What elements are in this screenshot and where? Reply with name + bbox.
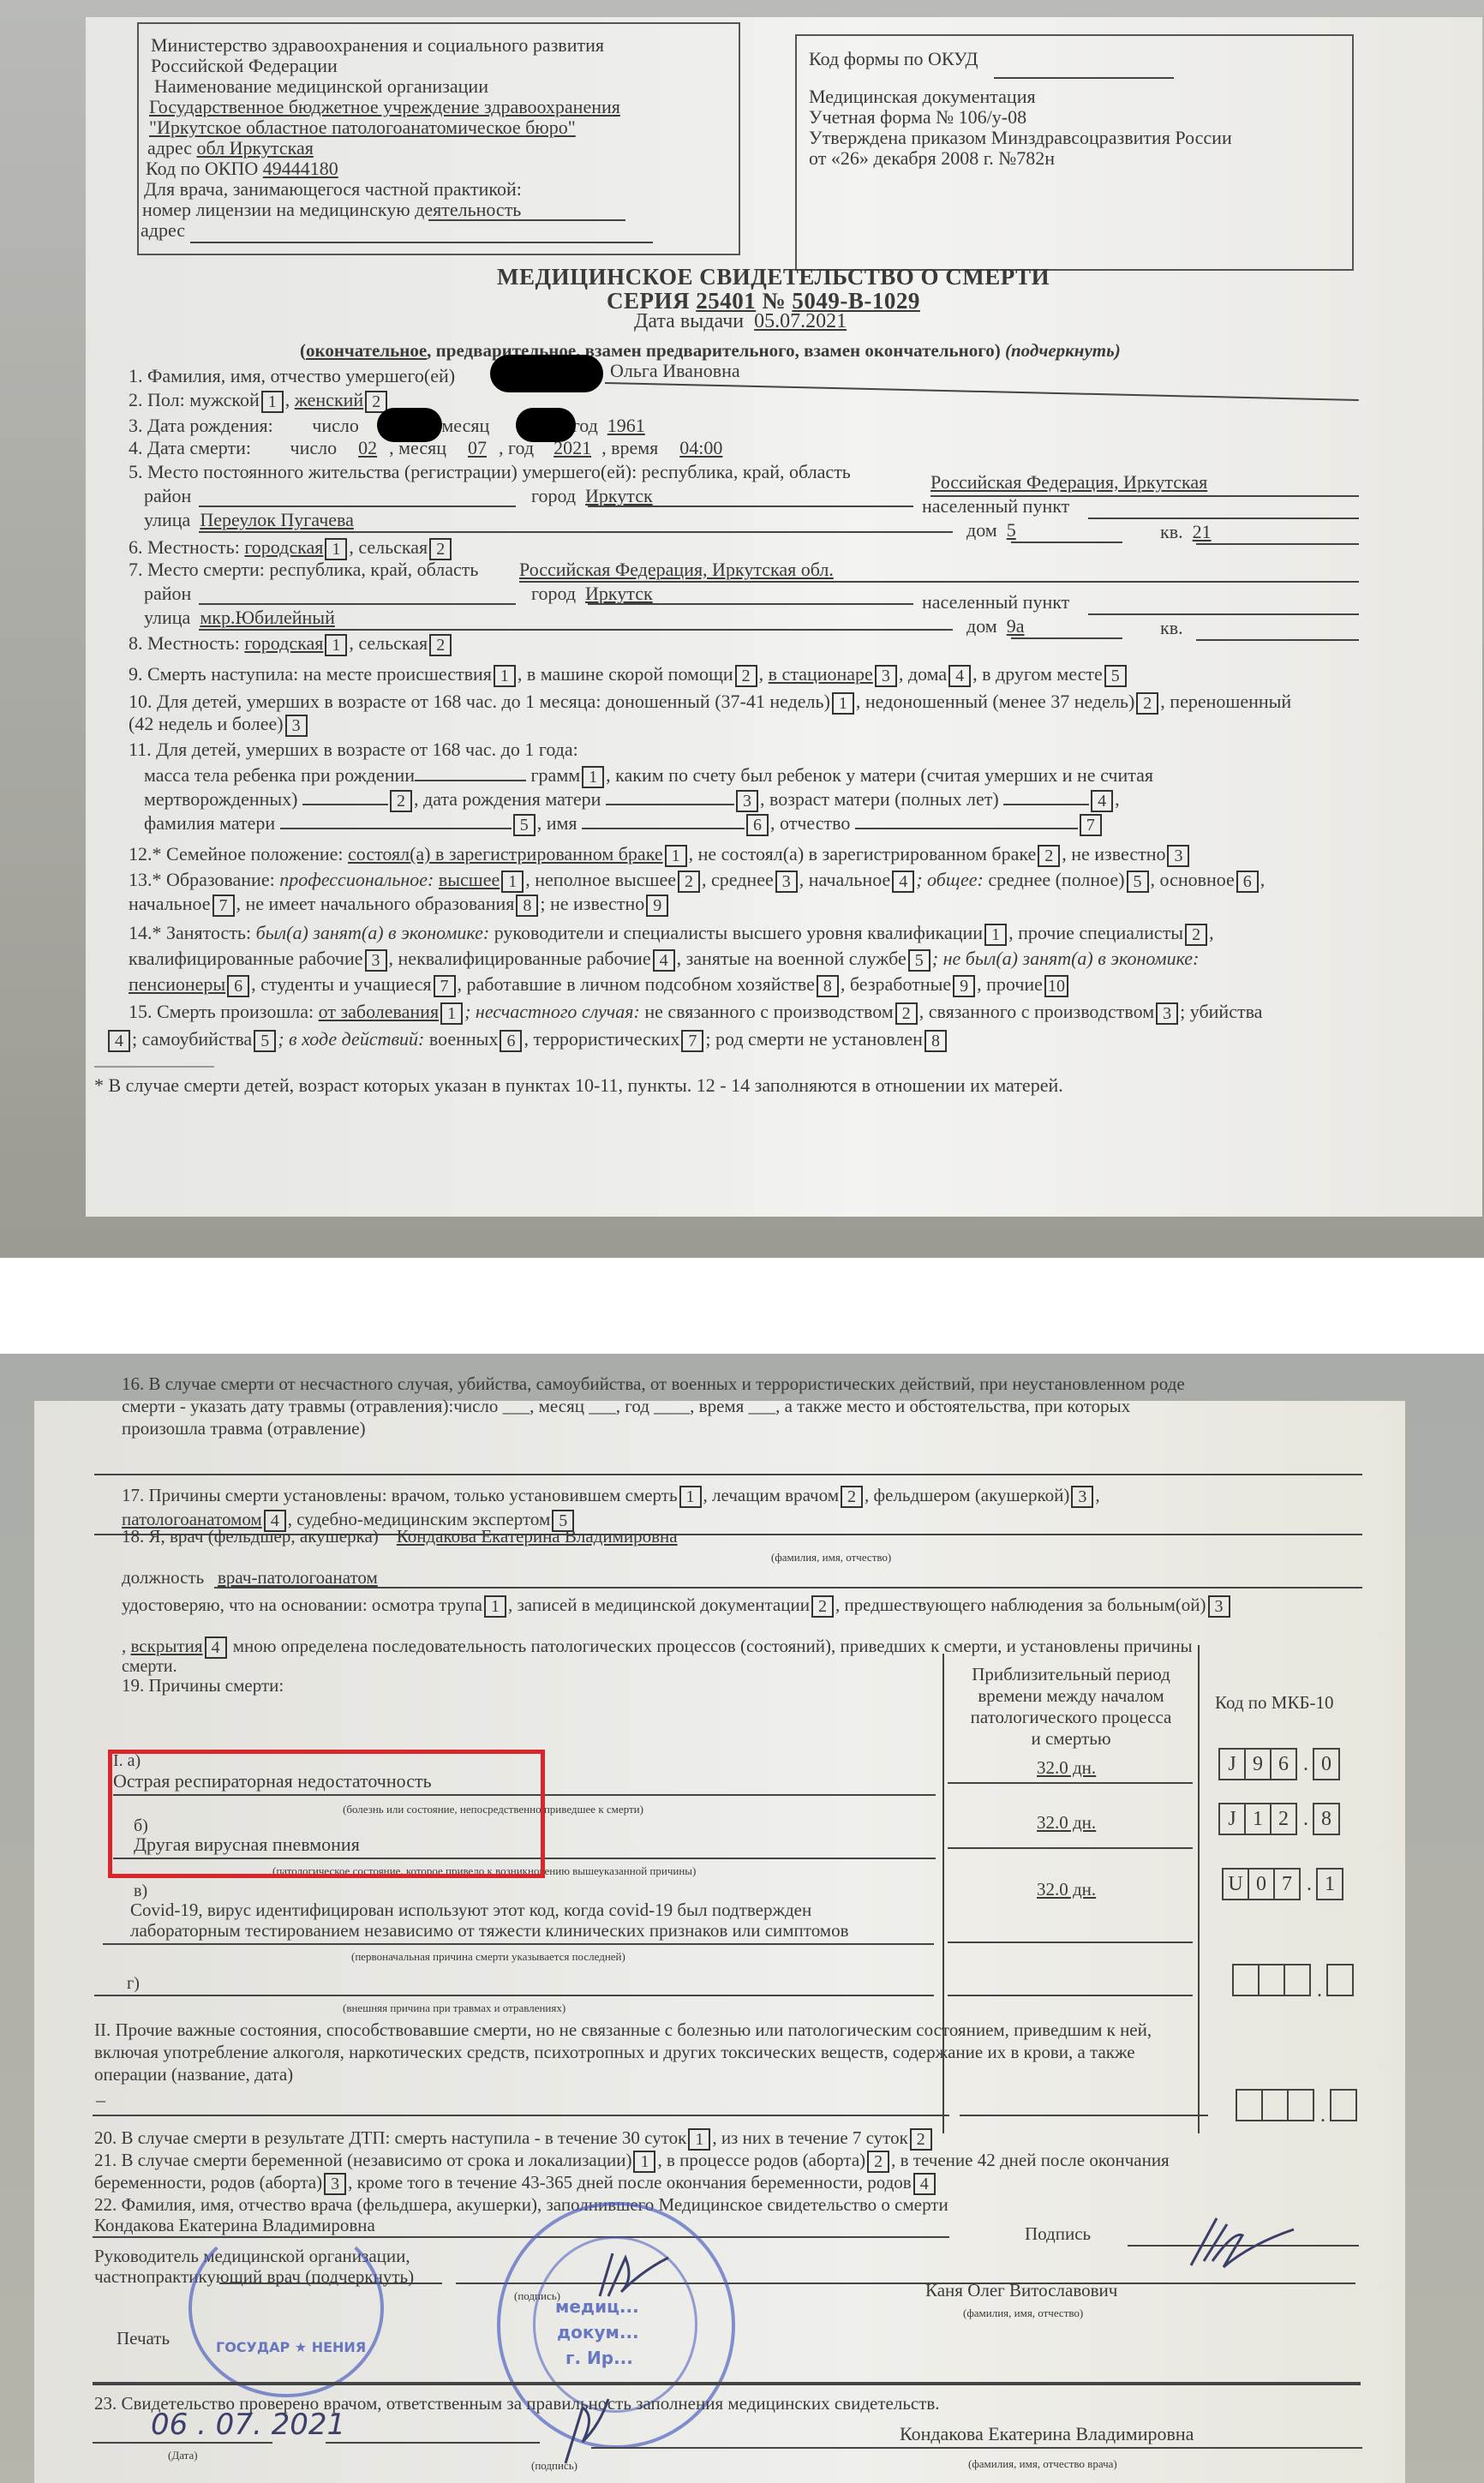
doctor-hint: (фамилия, имя, отчество врача) bbox=[968, 2457, 1117, 2470]
certificate-type: (окончательное, предварительное, взамен … bbox=[300, 339, 1121, 362]
checkbox-21-2[interactable]: 2 bbox=[867, 2151, 889, 2173]
field-7-district-label: район bbox=[144, 583, 191, 605]
checkbox-15-4[interactable]: 4 bbox=[108, 1030, 130, 1052]
check-date: 06 . 07. 2021 bbox=[151, 2408, 345, 2442]
field-7-apt: кв. bbox=[1160, 617, 1183, 639]
cause-a-icd: J96.0 bbox=[1220, 1748, 1340, 1780]
field-22: 22. Фамилия, имя, отчество врача (фельдш… bbox=[94, 2193, 948, 2216]
checkbox-urban-8[interactable]: 1 bbox=[325, 634, 347, 656]
autopsy-line: , вскрытия4 мною определена последовател… bbox=[122, 1635, 1193, 1659]
stamp-right-line3: г. Ир... bbox=[565, 2348, 633, 2368]
field-5-district-label: район bbox=[144, 485, 191, 507]
field-21-row2: беременности, родов (аборта)3, кроме тог… bbox=[94, 2171, 937, 2195]
checkbox-11-7[interactable]: 7 bbox=[1080, 814, 1102, 836]
certificate-title: МЕДИЦИНСКОЕ СВИДЕТЕЛЬСТВО О СМЕРТИ bbox=[497, 266, 1050, 288]
cause-c-hint: (первоначальная причина смерти указывает… bbox=[351, 1950, 625, 1963]
checkbox-13-9[interactable]: 9 bbox=[646, 894, 668, 917]
cause-a-period: 32.0 дн. bbox=[1037, 1756, 1096, 1779]
page-separator bbox=[0, 1258, 1484, 1354]
checkbox-13-2[interactable]: 2 bbox=[678, 871, 700, 893]
checkbox-cert-2[interactable]: 2 bbox=[811, 1595, 834, 1618]
form-number: Учетная форма № 106/у-08 bbox=[809, 106, 1026, 129]
private-practice-label: Для врача, занимающегося частной практик… bbox=[144, 178, 522, 200]
checkbox-13-7[interactable]: 7 bbox=[212, 894, 235, 917]
checkbox-9-2[interactable]: 2 bbox=[735, 665, 757, 687]
field-11-row1: масса тела ребенка при рождении грамм1, … bbox=[144, 764, 1153, 788]
checkbox-11-4[interactable]: 4 bbox=[1091, 790, 1113, 812]
field-17: 17. Причины смерти установлены: врачом, … bbox=[122, 1484, 1100, 1508]
field-5-settlement-label: населенный пункт bbox=[922, 495, 1069, 518]
checkbox-rural-8[interactable]: 2 bbox=[429, 634, 452, 656]
head-signature-icon bbox=[583, 2245, 677, 2305]
checkbox-13-5[interactable]: 5 bbox=[1127, 871, 1149, 893]
field-11-label: 11. Для детей, умерших в возрасте от 168… bbox=[129, 739, 578, 761]
checkbox-13-3[interactable]: 3 bbox=[775, 871, 798, 893]
field-14-employment: 14.* Занятость: был(а) занят(а) в эконом… bbox=[129, 922, 1214, 946]
head-fio-hint: (фамилия, имя, отчество) bbox=[963, 2306, 1083, 2319]
field-19-label: 19. Причины смерти: bbox=[122, 1674, 284, 1696]
checkbox-15-1[interactable]: 1 bbox=[440, 1002, 463, 1025]
checkbox-21-1[interactable]: 1 bbox=[633, 2151, 655, 2173]
field-20: 20. В случае смерти в результате ДТП: см… bbox=[94, 2127, 934, 2151]
part2-line1: II. Прочие важные состояния, способствов… bbox=[94, 2019, 1152, 2041]
checkbox-17-3[interactable]: 3 bbox=[1071, 1486, 1093, 1508]
field-14-employment-row3: пенсионеры6, студенты и учащиеся7, работ… bbox=[129, 973, 1070, 997]
checkbox-9-4[interactable]: 4 bbox=[948, 665, 971, 687]
doc-type: Медицинская документация bbox=[809, 86, 1036, 108]
page2-photo: 16. В случае смерти от несчастного случа… bbox=[0, 1354, 1484, 2483]
part2-line2: включая употребление алкоголя, наркотиче… bbox=[94, 2041, 1135, 2063]
field-7-label: 7. Место смерти: республика, край, облас… bbox=[129, 559, 478, 581]
checkbox-14-9[interactable]: 9 bbox=[953, 975, 975, 997]
field-13-education: 13.* Образование: профессиональное: высш… bbox=[129, 869, 1265, 893]
checkbox-15-6[interactable]: 6 bbox=[500, 1030, 522, 1052]
cause-c-icd: U07.1 bbox=[1224, 1868, 1343, 1900]
cause-c-text2: лабораторным тестированием независимо от… bbox=[130, 1919, 849, 1942]
license-label: номер лицензии на медицинскую деятельнос… bbox=[142, 199, 521, 221]
field-10b: (42 недель и более)3 bbox=[129, 713, 309, 737]
field-5-street: улица Переулок Пугачева bbox=[144, 509, 354, 531]
cause-d-hint: (внешняя причина при травмах и отравлени… bbox=[343, 2001, 565, 2014]
checkbox-12-3[interactable]: 3 bbox=[1167, 845, 1189, 867]
checkbox-11-2[interactable]: 2 bbox=[390, 790, 412, 812]
field-14-employment-row2: квалифицированные рабочие3, неквалифицир… bbox=[129, 948, 1199, 972]
redaction-surname bbox=[490, 355, 603, 392]
ministry-line2: Российской Федерации bbox=[151, 55, 338, 77]
checkbox-11-3[interactable]: 3 bbox=[736, 790, 758, 812]
org-name-line1: Государственное бюджетное учреждение здр… bbox=[149, 96, 620, 118]
checkbox-14-10[interactable]: 10 bbox=[1044, 975, 1068, 997]
checkbox-11-1[interactable]: 1 bbox=[582, 766, 604, 788]
footnote: * В случае смерти детей, возраст которых… bbox=[94, 1074, 1063, 1097]
field-7-city: город Иркутск bbox=[531, 583, 653, 605]
checkbox-14-2[interactable]: 2 bbox=[1185, 924, 1207, 946]
cause-c-text: Covid-19, вирус идентифицирован использу… bbox=[130, 1899, 811, 1921]
field-5-city: город Иркутск bbox=[531, 485, 653, 507]
stamp-label: Печать bbox=[117, 2327, 170, 2349]
field-5-apt: кв. 21 bbox=[1160, 521, 1212, 543]
fio-hint: (фамилия, имя, отчество) bbox=[771, 1551, 891, 1564]
field-1-label: 1. Фамилия, имя, отчество умершего(ей) bbox=[129, 365, 455, 387]
checkbox-10-3[interactable]: 3 bbox=[285, 715, 308, 737]
field-15-death-kind: 15. Смерть произошла: от заболевания1; н… bbox=[129, 1001, 1262, 1025]
date-hint: (Дата) bbox=[168, 2449, 198, 2462]
stamp-right-line2: докум... bbox=[557, 2322, 639, 2342]
checkbox-14-5[interactable]: 5 bbox=[908, 949, 930, 972]
field-11-row2: мертворожденных) 2, дата рождения матери… bbox=[144, 788, 1120, 812]
org-name-line2: "Иркутское областное патологоанатомическ… bbox=[149, 117, 576, 139]
icd-header: Код по МКБ-10 bbox=[1215, 1691, 1334, 1714]
checkbox-15-5[interactable]: 5 bbox=[254, 1030, 276, 1052]
field-10: 10. Для детей, умерших в возрасте от 168… bbox=[129, 691, 1291, 715]
checkbox-rural[interactable]: 2 bbox=[429, 538, 452, 560]
checkbox-10-1[interactable]: 1 bbox=[832, 692, 854, 715]
cause-b-period: 32.0 дн. bbox=[1037, 1811, 1096, 1834]
checkbox-9-5[interactable]: 5 bbox=[1104, 665, 1127, 687]
checkbox-17-1[interactable]: 1 bbox=[679, 1486, 702, 1508]
field-11-row3: фамилия матери 5, имя 6, отчество 7 bbox=[144, 812, 1104, 836]
field-16-line3: произошла травма (отравление) bbox=[122, 1417, 366, 1439]
checkbox-14-8[interactable]: 8 bbox=[817, 975, 839, 997]
cause-d-icd: . bbox=[1234, 1964, 1354, 2002]
checkbox-15-3[interactable]: 3 bbox=[1156, 1002, 1178, 1025]
checkbox-13-6[interactable]: 6 bbox=[1236, 871, 1259, 893]
cause-b-icd: J12.8 bbox=[1220, 1803, 1340, 1835]
field-5-house: дом 5 bbox=[966, 519, 1016, 541]
checkbox-cert-1[interactable]: 1 bbox=[484, 1595, 506, 1618]
checkbox-21-3[interactable]: 3 bbox=[324, 2173, 346, 2195]
issue-date: Дата выдачи 05.07.2021 bbox=[634, 310, 847, 332]
period-header: Приблизительный период времени между нач… bbox=[951, 1664, 1191, 1750]
checkbox-14-1[interactable]: 1 bbox=[984, 924, 1007, 946]
field-5-region: Российская Федерация, Иркутская bbox=[930, 471, 1207, 494]
checkbox-20-2[interactable]: 2 bbox=[910, 2128, 932, 2151]
checkbox-13-1[interactable]: 1 bbox=[501, 871, 524, 893]
field-21: 21. В случае смерти беременной (независи… bbox=[94, 2149, 1170, 2173]
checkbox-14-7[interactable]: 7 bbox=[434, 975, 456, 997]
approved-line2: от «26» декабря 2008 г. №782н bbox=[809, 147, 1055, 170]
cause-c-period: 32.0 дн. bbox=[1037, 1878, 1096, 1900]
field-7-street: улица мкр.Юбилейный bbox=[144, 607, 335, 629]
checkbox-cert-4[interactable]: 4 bbox=[205, 1636, 227, 1659]
field-2-sex: 2. Пол: мужской1, женский2 bbox=[129, 389, 389, 413]
field-8-locality: 8. Местность: городская1, сельская2 bbox=[129, 632, 453, 656]
field-16-line1: 16. В случае смерти от несчастного случа… bbox=[122, 1373, 1185, 1395]
field-6-locality: 6. Местность: городская1, сельская2 bbox=[129, 536, 453, 560]
field-9-death-place: 9. Смерть наступила: на месте происшеств… bbox=[129, 663, 1128, 687]
checkbox-13-4[interactable]: 4 bbox=[892, 871, 914, 893]
address2-label: адрес bbox=[141, 219, 185, 242]
part2-icd: . bbox=[1237, 2089, 1357, 2127]
series-number: СЕРИЯ 25401 № 5049-В-1029 bbox=[607, 290, 920, 312]
ministry-line1: Министерство здравоохранения и социально… bbox=[151, 34, 604, 57]
okud-label: Код формы по ОКУД bbox=[809, 48, 978, 70]
checker-name: Кондакова Екатерина Владимировна bbox=[900, 2423, 1194, 2445]
field-1-value: Ольга Ивановна bbox=[610, 360, 740, 382]
checkbox-20-1[interactable]: 1 bbox=[688, 2128, 710, 2151]
checker-signature-icon bbox=[548, 2390, 617, 2468]
checkbox-female[interactable]: 2 bbox=[365, 391, 387, 413]
checkbox-12-2[interactable]: 2 bbox=[1038, 845, 1060, 867]
checkbox-11-5[interactable]: 5 bbox=[513, 814, 536, 836]
org-address: адрес обл Иркутская bbox=[147, 137, 314, 159]
checkbox-14-6[interactable]: 6 bbox=[227, 975, 249, 997]
field-5-label: 5. Место постоянного жительства (регистр… bbox=[129, 461, 851, 483]
field-12-marital: 12.* Семейное положение: состоял(а) в за… bbox=[129, 843, 1191, 867]
field-13-education-row2: начальное7, не имеет начального образова… bbox=[129, 893, 670, 917]
checkbox-cert-3[interactable]: 3 bbox=[1208, 1595, 1230, 1618]
signature-label: Подпись bbox=[1025, 2223, 1091, 2245]
certify-line: удостоверяю, что на основании: осмотра т… bbox=[122, 1594, 1232, 1618]
highlight-box bbox=[108, 1750, 545, 1878]
page1-photo: Министерство здравоохранения и социально… bbox=[0, 0, 1484, 1258]
org-label: Наименование медицинской организации bbox=[154, 75, 488, 98]
checkbox-9-1[interactable]: 1 bbox=[494, 665, 516, 687]
field-7-house: дом 9а bbox=[966, 615, 1024, 637]
checkbox-urban[interactable]: 1 bbox=[325, 538, 347, 560]
part2-value: – bbox=[96, 2089, 105, 2111]
approved-line1: Утверждена приказом Минздравсоцразвития … bbox=[809, 127, 1232, 149]
checkbox-13-8[interactable]: 8 bbox=[516, 894, 538, 917]
position: должность врач-патологоанатом bbox=[122, 1566, 378, 1589]
field-7-settlement-label: населенный пункт bbox=[922, 591, 1069, 613]
cause-d-letter: г) bbox=[127, 1972, 140, 1995]
head-name: Каня Олег Витославович bbox=[925, 2279, 1117, 2301]
field-16-line2: смерти - указать дату травмы (отравления… bbox=[122, 1395, 1130, 1417]
checkbox-12-1[interactable]: 1 bbox=[665, 845, 687, 867]
checkbox-15-7[interactable]: 7 bbox=[681, 1030, 703, 1052]
checkbox-17-2[interactable]: 2 bbox=[841, 1486, 863, 1508]
stamp-left-text: ГОСУДАР ★ НЕНИЯ bbox=[216, 2339, 366, 2355]
checkbox-15-8[interactable]: 8 bbox=[925, 1030, 947, 1052]
checkbox-9-3[interactable]: 3 bbox=[875, 665, 897, 687]
field-15-death-kind-row2: 4; самоубийства5; в ходе действий: военн… bbox=[106, 1028, 948, 1052]
stamp-left bbox=[188, 2219, 384, 2397]
part2-line3: операции (название, дата) bbox=[94, 2063, 293, 2085]
field-18: 18. Я, врач (фельдшер, акушерка) Кондако… bbox=[122, 1525, 678, 1547]
checkbox-14-3[interactable]: 3 bbox=[365, 949, 387, 972]
field-4-deathdate: 4. Дата смерти: число 02, месяц 07, год … bbox=[129, 437, 734, 459]
checkbox-male[interactable]: 1 bbox=[261, 391, 284, 413]
checkbox-10-2[interactable]: 2 bbox=[1136, 692, 1158, 715]
signature-icon bbox=[1182, 2214, 1302, 2274]
checkbox-11-6[interactable]: 6 bbox=[746, 814, 769, 836]
checkbox-15-2[interactable]: 2 bbox=[895, 1002, 918, 1025]
checkbox-21-4[interactable]: 4 bbox=[913, 2173, 936, 2195]
okpo: Код по ОКПО 49444180 bbox=[146, 158, 338, 180]
checkbox-14-4[interactable]: 4 bbox=[653, 949, 675, 972]
field-7-region: Российская Федерация, Иркутская обл. bbox=[519, 559, 834, 581]
